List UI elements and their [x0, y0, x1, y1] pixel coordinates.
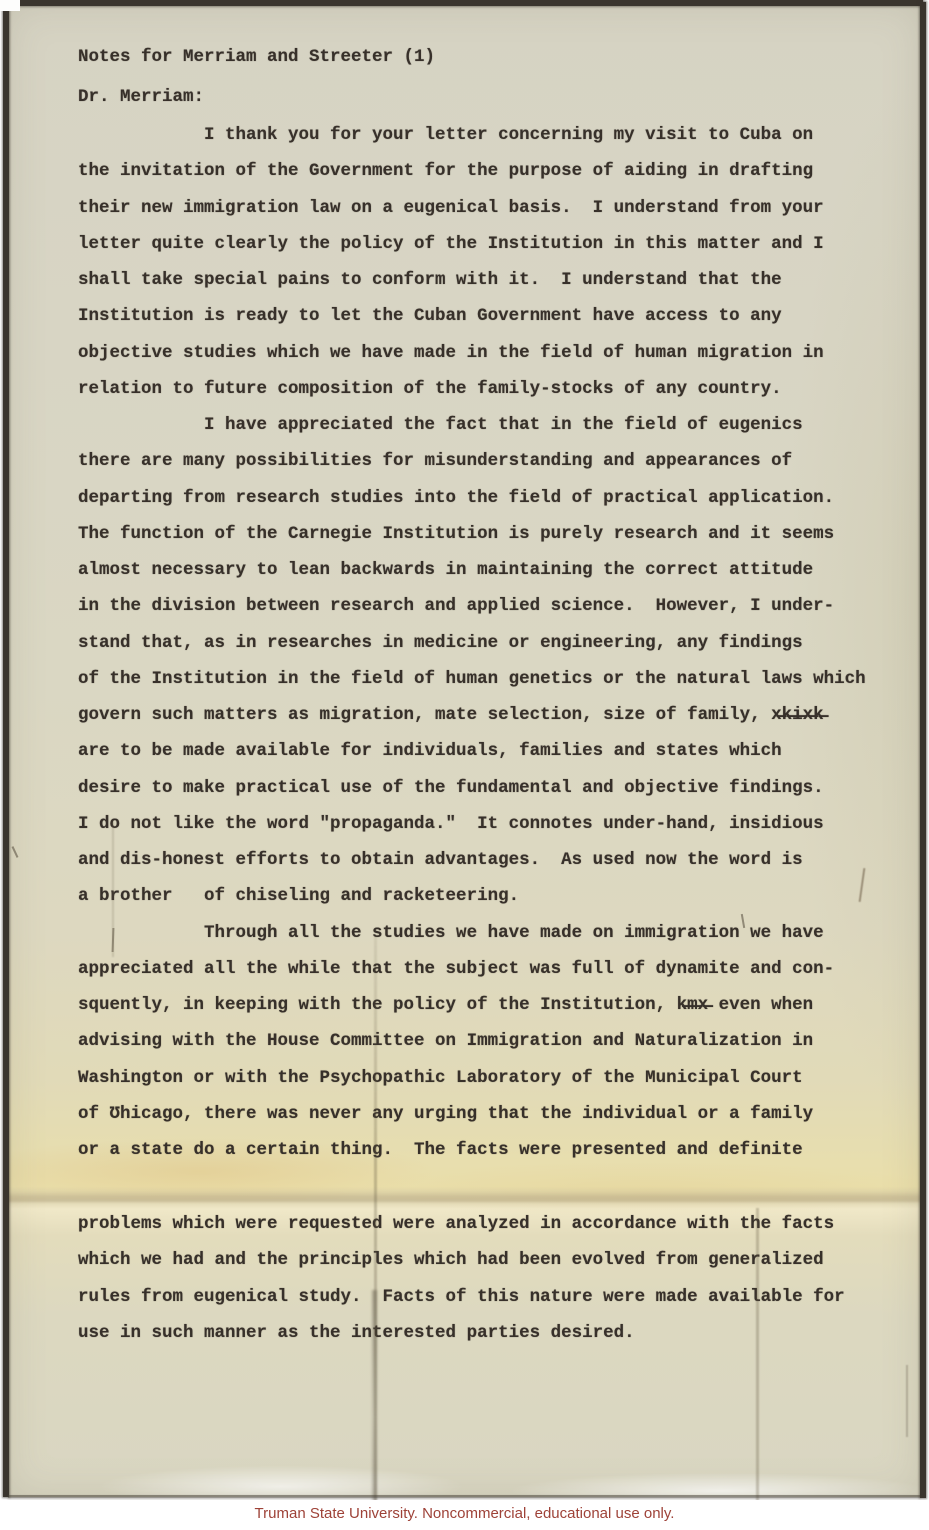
typed-line: I do not like the word "propaganda." It …	[78, 806, 866, 842]
typed-line: I have appreciated the fact that in the …	[78, 407, 866, 443]
typed-line: Through all the studies we have made on …	[78, 915, 866, 951]
typed-line: are to be made available for individuals…	[78, 733, 866, 769]
typed-line: and dis-honest efforts to obtain advanta…	[78, 842, 866, 878]
document-header: Notes for Merriam and Streeter (1)Dr. Me…	[78, 37, 435, 117]
typed-line: almost necessary to lean backwards in ma…	[78, 552, 866, 588]
typed-line: rules from eugenical study. Facts of thi…	[78, 1279, 845, 1315]
typed-line: in the division between research and app…	[78, 588, 866, 624]
typed-line: relation to future composition of the fa…	[78, 371, 866, 407]
faint-line-right-lower	[906, 1365, 908, 1437]
typed-line: Institution is ready to let the Cuban Go…	[78, 298, 866, 334]
typed-line: of Ʊhicago, there was never any urging t…	[78, 1096, 866, 1132]
typed-line: use in such manner as the interested par…	[78, 1315, 845, 1351]
horizontal-fold-crease	[7, 1192, 921, 1202]
document-body: I thank you for your letter concerning m…	[78, 117, 866, 1168]
typed-line: objective studies which we have made in …	[78, 335, 866, 371]
scan-edge-left	[3, 2, 9, 1497]
document-body-below-fold: problems which were requested were analy…	[78, 1206, 845, 1351]
typed-line: govern such matters as migration, mate s…	[78, 697, 866, 733]
typed-line: the invitation of the Government for the…	[78, 153, 866, 189]
typed-line: or a state do a certain thing. The facts…	[78, 1132, 866, 1168]
scan-edge-bottom	[8, 1495, 920, 1498]
scanned-document: Notes for Merriam and Streeter (1)Dr. Me…	[0, 0, 929, 1530]
scan-edge-top	[20, 0, 923, 6]
typed-line: which we had and the principles which ha…	[78, 1242, 845, 1278]
typed-line: stand that, as in researches in medicine…	[78, 625, 866, 661]
typed-line: Washington or with the Psychopathic Labo…	[78, 1060, 866, 1096]
typed-line: departing from research studies into the…	[78, 480, 866, 516]
typed-line: letter quite clearly the policy of the I…	[78, 226, 866, 262]
tick-mark-left-margin	[12, 846, 19, 858]
typed-line: The function of the Carnegie Institution…	[78, 516, 866, 552]
typed-line: Dr. Merriam:	[78, 77, 435, 117]
scan-edge-right	[920, 2, 926, 1498]
typed-line: of the Institution in the field of human…	[78, 661, 866, 697]
typed-line: appreciated all the while that the subje…	[78, 951, 866, 987]
typed-line: Notes for Merriam and Streeter (1)	[78, 37, 435, 77]
typed-line: their new immigration law on a eugenical…	[78, 190, 866, 226]
scan-corner-patch	[0, 0, 20, 11]
typed-line: shall take special pains to conform with…	[78, 262, 866, 298]
typed-line: advising with the House Committee on Imm…	[78, 1023, 866, 1059]
typed-line: I thank you for your letter concerning m…	[78, 117, 866, 153]
typed-line: desire to make practical use of the fund…	[78, 770, 866, 806]
typed-line: squently, in keeping with the policy of …	[78, 987, 866, 1023]
typed-line: problems which were requested were analy…	[78, 1206, 845, 1242]
typed-line: a brother of chiseling and racketeering.	[78, 878, 866, 914]
paper-sheet: Notes for Merriam and Streeter (1)Dr. Me…	[7, 4, 921, 1497]
attribution-text: Truman State University. Noncommercial, …	[0, 1500, 929, 1530]
typed-line: there are many possibilities for misunde…	[78, 443, 866, 479]
